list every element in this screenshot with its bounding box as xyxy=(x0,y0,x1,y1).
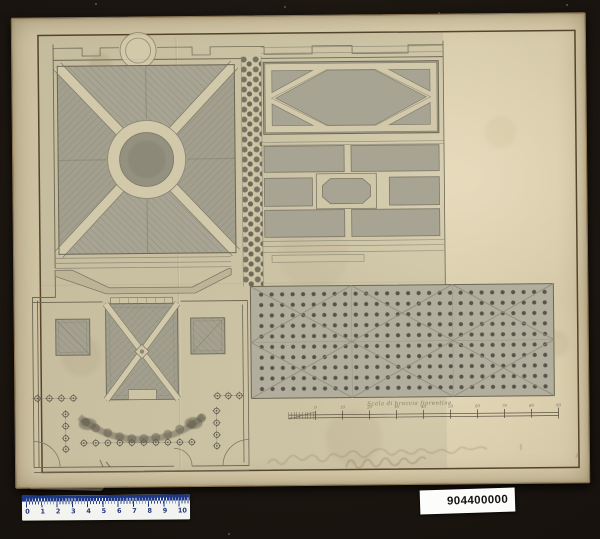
tree-alley xyxy=(241,56,263,286)
parterre-upper-left xyxy=(57,65,236,255)
dust-speck xyxy=(95,3,97,5)
catalog-number-label: 904400000 xyxy=(420,488,516,515)
scale-number: 80 xyxy=(529,403,535,408)
ruler-number: 4 xyxy=(86,507,91,515)
ruler-number: 1 xyxy=(40,507,45,515)
dust-speck xyxy=(284,6,286,8)
ruler-numbers: 0 1 2 3 4 5 6 7 8 9 10 xyxy=(22,506,190,515)
paper-sheet: 0 10 20 30 40 50 60 70 80 90 Scala di br… xyxy=(11,12,590,488)
garden-plan-drawing: 0 10 20 30 40 50 60 70 80 90 Scala di br… xyxy=(12,13,589,487)
orchard-grid xyxy=(250,284,554,399)
scale-number: 10 xyxy=(340,405,346,410)
dust-speck xyxy=(566,4,568,6)
dust-speck xyxy=(228,533,230,535)
ruler-number: 5 xyxy=(101,507,106,515)
scale-number: 60 xyxy=(475,403,481,408)
scale-number: 90 xyxy=(556,403,562,408)
octagonal-basin xyxy=(322,178,370,203)
ruler-number: 2 xyxy=(56,507,61,515)
catalog-number: 904400000 xyxy=(420,488,516,515)
ruler-number: 6 xyxy=(117,507,122,515)
ruler-number: 0 xyxy=(25,508,30,516)
ruler-number: 9 xyxy=(163,507,168,515)
archival-photo: 0 10 20 30 40 50 60 70 80 90 Scala di br… xyxy=(0,0,600,539)
ruler-number: 3 xyxy=(71,507,76,515)
scale-number: 70 xyxy=(502,403,508,408)
ruler-number: 8 xyxy=(147,507,152,515)
ruler-number: 10 xyxy=(178,506,187,514)
measurement-ruler: 0 1 2 3 4 5 6 7 8 9 10 xyxy=(22,494,190,520)
scale-bar-label: Scala di braccia fiorentine xyxy=(367,401,452,408)
ruler-number: 7 xyxy=(132,507,137,515)
